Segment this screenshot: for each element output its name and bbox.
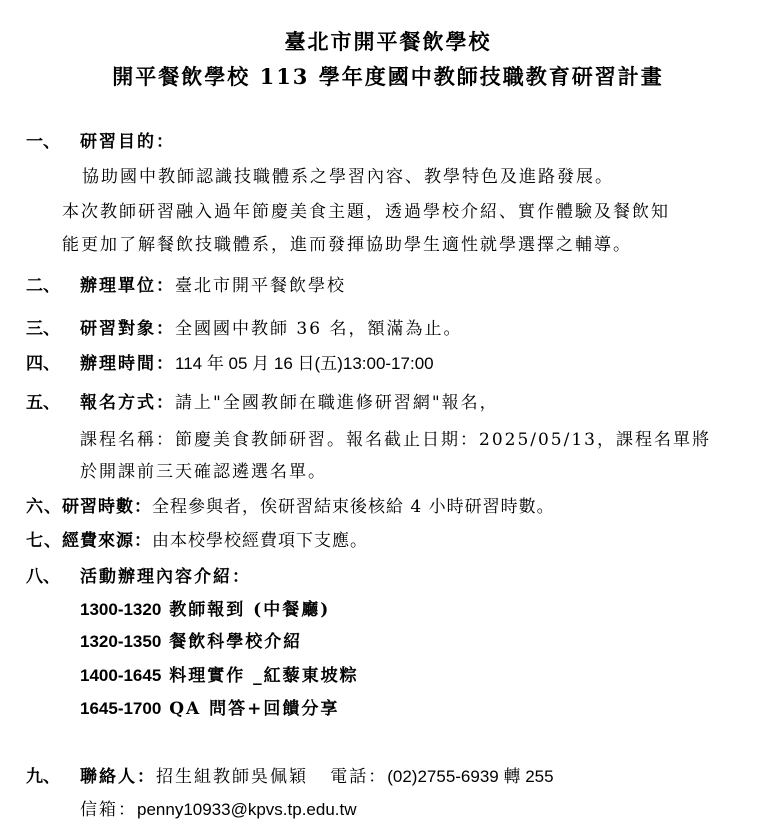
section-5-value: 請上"全國教師在職進修研習網"報名， [175,393,499,413]
section-2-row: 辦理單位：臺北市開平餐飲學校 [80,275,346,297]
schedule-item: 1300-1320 教師報到 (中餐廳) [80,599,330,621]
section-4-value: 114 年 05 月 16 日(五)13:00-17:00 [175,354,434,373]
section-3-row: 研習對象：全國國中教師 36 名，額滿為止。 [80,318,462,340]
section-1-label: 研習目的： [80,131,175,153]
section-4-row: 辦理時間：114 年 05 月 16 日(五)13:00-17:00 [80,353,434,375]
section-5-label: 報名方式： [80,393,175,413]
section-2-value: 臺北市開平餐飲學校 [175,276,346,296]
section-1-paragraph-line-1: 協助國中教師認識技職體系之學習內容、教學特色及進路發展。 [82,166,614,188]
schedule-activity: 餐飲科學校介紹 [169,632,302,652]
section-1-number: 一、 [26,131,60,153]
section-6-label: 研習時數： [62,497,152,517]
section-7-row: 七、經費來源：由本校學校經費項下支應。 [26,530,368,552]
section-5-line-2: 課程名稱：節慶美食教師研習。報名截止日期：2025/05/13，課程名單將 [80,429,711,451]
section-9-label: 聯絡人： [80,767,156,787]
schedule-item: 1645-1700 QA 問答+回饋分享 [80,698,339,720]
section-8-number: 八、 [26,566,60,588]
section-5-row: 報名方式：請上"全國教師在職進修研習網"報名， [80,392,499,414]
email-row: 信箱：penny10933@kpvs.tp.edu.tw [80,799,357,821]
section-3-label: 研習對象： [80,319,175,339]
contact-person: 招生組教師吳佩穎 [156,767,308,787]
phone-number: (02)2755-6939 轉 255 [387,767,553,786]
phone-label: 電話： [330,767,387,787]
section-2-number: 二、 [26,275,60,297]
section-9-row: 聯絡人：招生組教師吳佩穎 電話：(02)2755-6939 轉 255 [80,766,554,788]
section-6-number: 六、 [26,497,62,517]
section-7-number: 七、 [26,531,62,551]
plan-title: 開平餐飲學校 113 學年度國中教師技職教育研習計畫 [0,61,776,91]
section-7-label: 經費來源： [62,531,152,551]
section-5-line-3: 於開課前三天確認遴選名單。 [80,461,327,483]
email-label: 信箱： [80,800,137,820]
section-3-number: 三、 [26,318,60,340]
schedule-activity: 教師報到 (中餐廳) [169,600,330,620]
section-1-paragraph-line-3: 能更加了解餐飲技職體系，進而發揮協助學生適性就學選擇之輔導。 [62,234,632,256]
schedule-time: 1320-1350 [80,632,161,651]
schedule-time: 1645-1700 [80,699,161,718]
schedule-time: 1300-1320 [80,600,161,619]
section-4-label: 辦理時間： [80,354,175,374]
section-6-row: 六、研習時數：全程參與者，俟研習結束後核給 4 小時研習時數。 [26,496,555,518]
section-2-label: 辦理單位： [80,276,175,296]
section-7-value: 由本校學校經費項下支應。 [152,531,368,551]
section-1-paragraph-line-2: 本次教師研習融入過年節慶美食主題，透過學校介紹、實作體驗及餐飲知 [62,201,670,223]
section-5-number: 五、 [26,392,60,414]
section-9-number: 九、 [26,766,60,788]
section-4-number: 四、 [26,353,60,375]
schedule-activity: 料理實作 _紅藜東坡粽 [169,666,358,686]
section-3-value: 全國國中教師 36 名，額滿為止。 [175,319,462,339]
email-address[interactable]: penny10933@kpvs.tp.edu.tw [137,800,357,819]
schedule-time: 1400-1645 [80,666,161,685]
schedule-item: 1320-1350 餐飲科學校介紹 [80,631,302,653]
school-name-title: 臺北市開平餐飲學校 [0,26,776,56]
section-6-value: 全程參與者，俟研習結束後核給 4 小時研習時數。 [152,497,555,517]
section-8-label: 活動辦理內容介紹： [80,566,251,588]
schedule-activity: QA 問答+回饋分享 [169,699,339,719]
schedule-item: 1400-1645 料理實作 _紅藜東坡粽 [80,665,359,687]
